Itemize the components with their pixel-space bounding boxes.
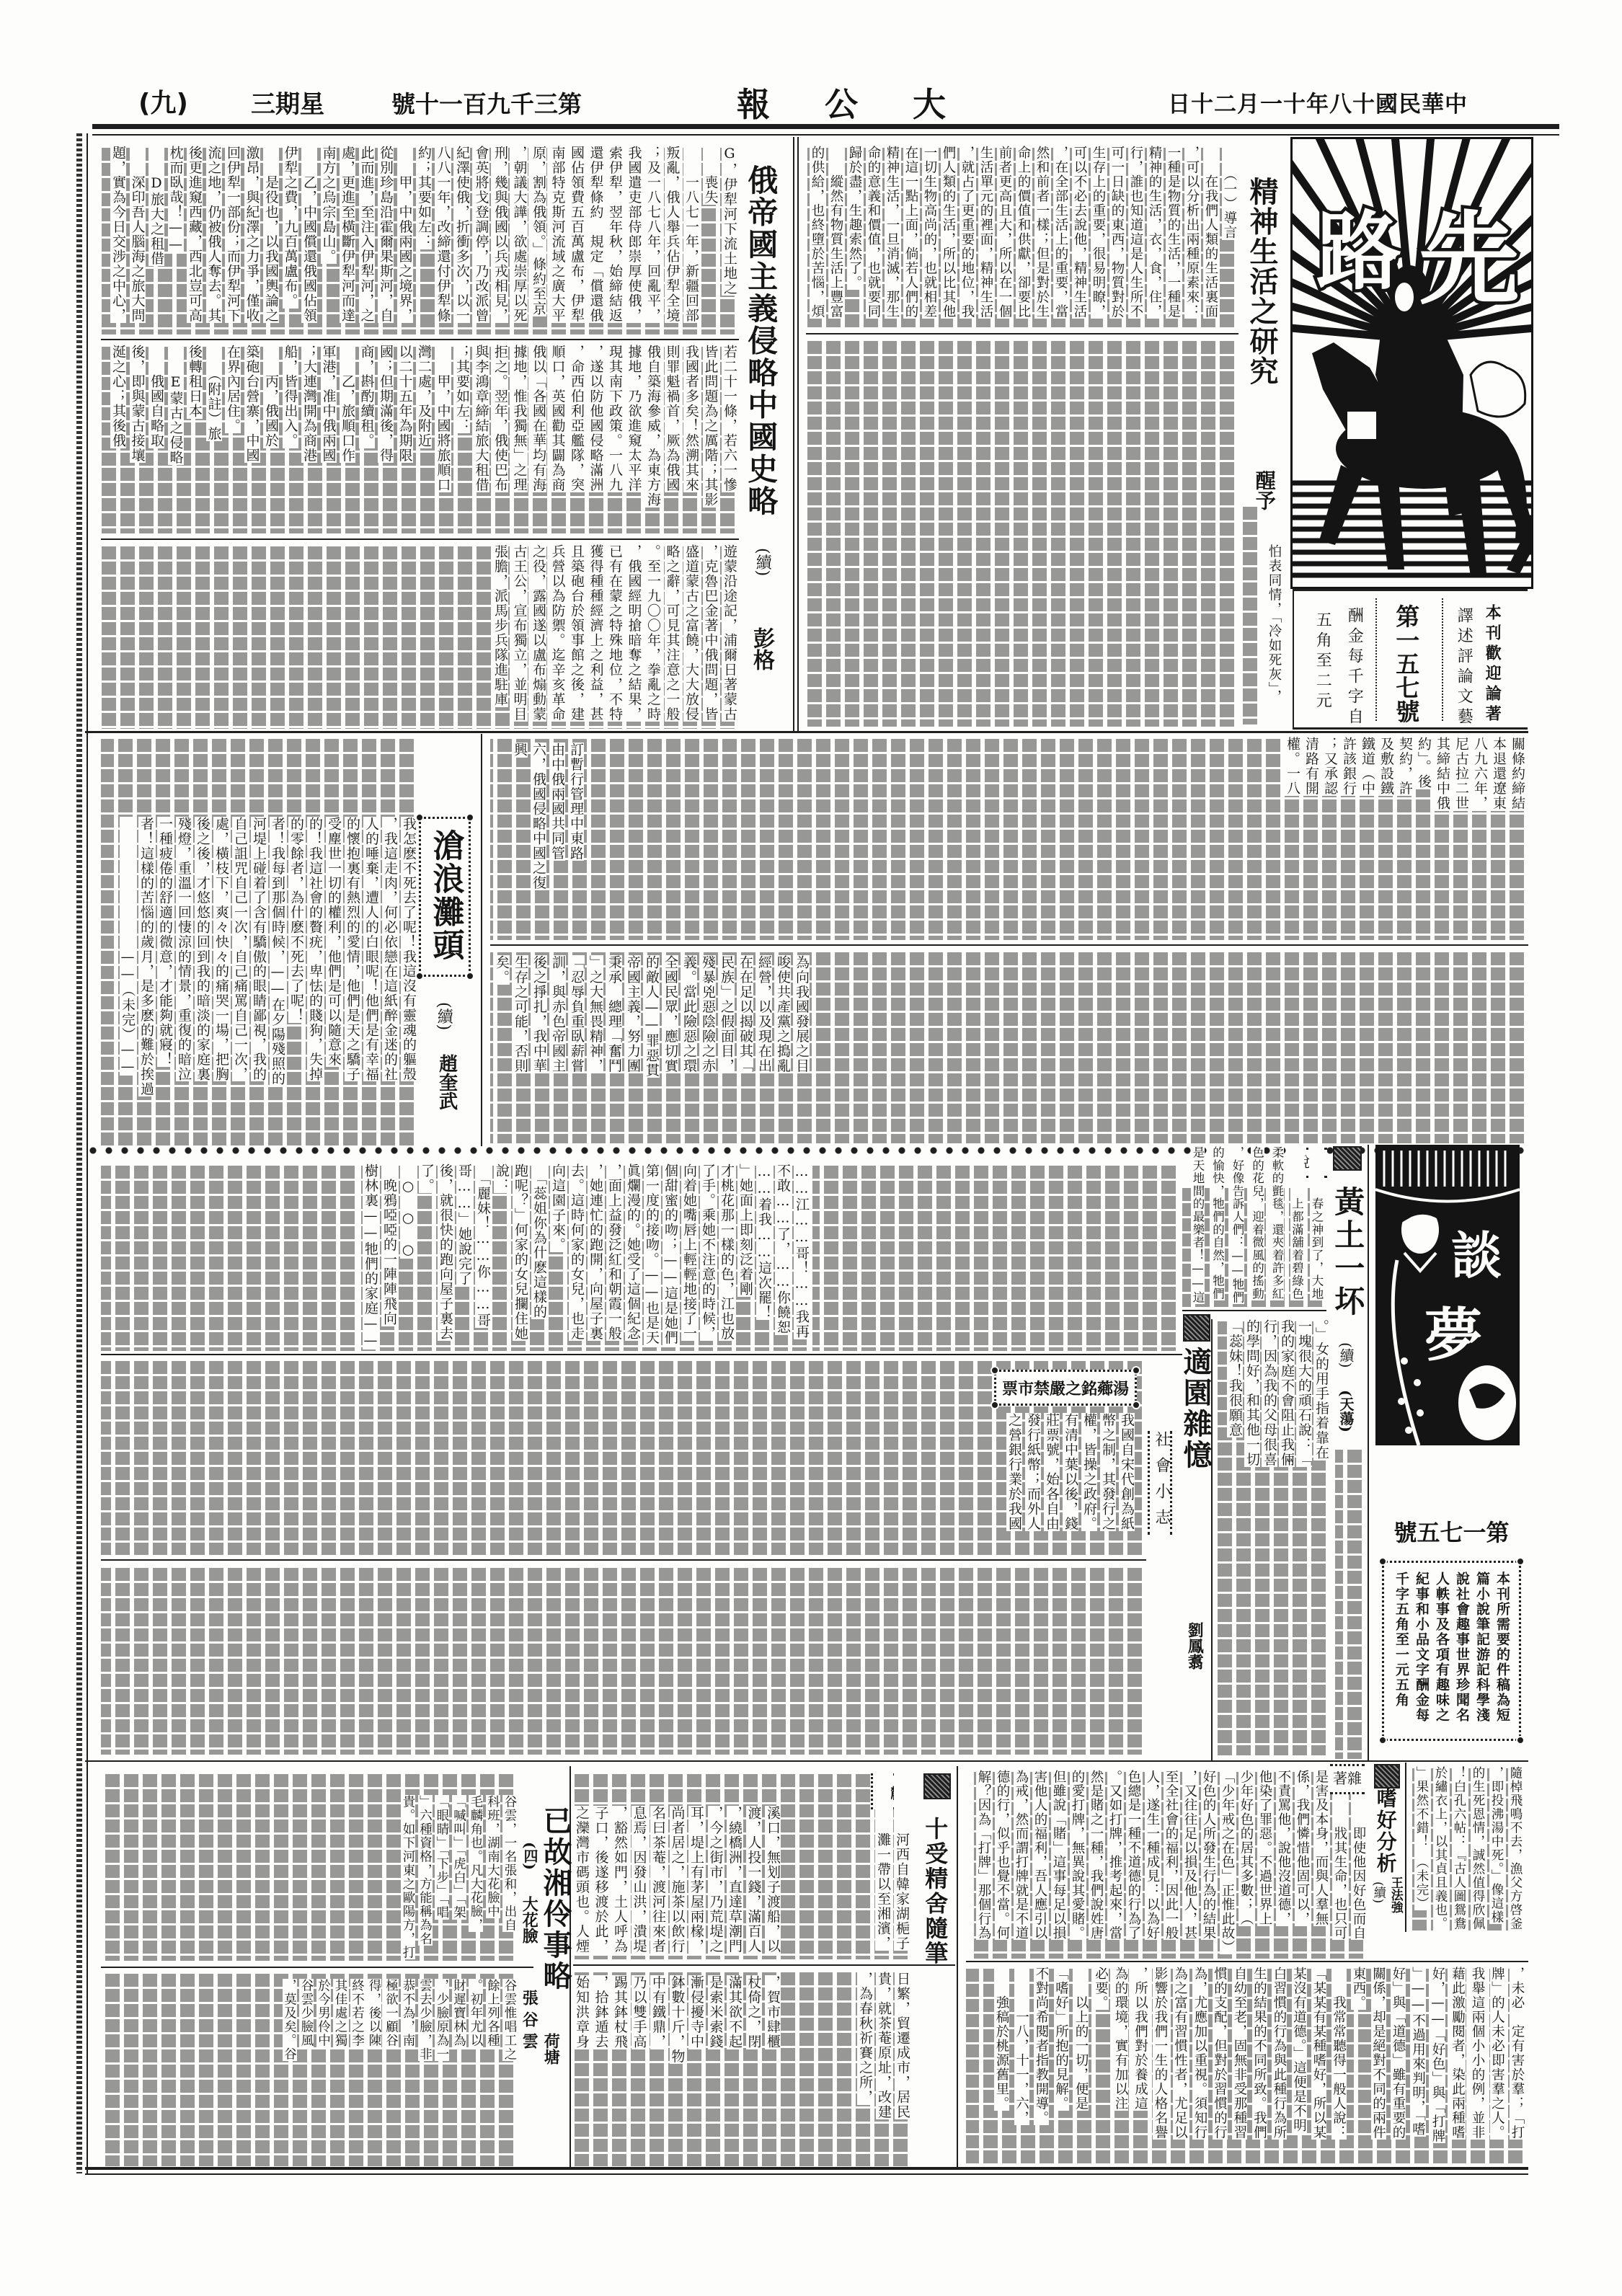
masthead-page-number: (九) (138, 91, 188, 117)
text-column: ，朝議大譁，欲處崇厚以死 (510, 146, 529, 334)
tanmeng-notice-text: 本刊所需要的件稿為短篇小說筆記游記科學淺說社會趣事世界珍聞名人軼事及各項有趣味之… (1391, 1572, 1512, 1732)
text-column: 精神的生活，衣，食，住， (1145, 146, 1164, 329)
text-column: 恭不為，南 (399, 1979, 417, 2166)
text-column: 的愉快，牠們的自然，牠們 (1207, 1146, 1228, 1308)
text-column: 他染了罪惡。不過世界上 (1255, 1770, 1274, 1959)
text-column: 白習慣的行為與此種行為所 (1269, 1967, 1290, 2166)
text-column: 順口，英國勸其闢為商 (548, 345, 567, 533)
performer-role: 大花臉 (520, 1896, 538, 1943)
column-text: 六，俄國侵略中國之復 (531, 743, 546, 890)
column-text: 精神生活，一旦消滅，那生 (885, 146, 900, 319)
text-column: 據地，惟我獨無」之理 (510, 345, 529, 533)
text-column: 其締結中俄 (1433, 737, 1452, 940)
column-text: 興 (512, 743, 528, 758)
text-column: 東西。 (1349, 1967, 1369, 2166)
band-rule (490, 944, 1528, 946)
column-text: 在這一點上面，倘若人們的 (903, 146, 918, 319)
text-column: 已有在蒙之特殊地位，不特 (606, 544, 625, 729)
column-text: 第一度的接吻。——也是天 (644, 1163, 660, 1345)
column-text: 不敢……了，……你饒恕 (775, 1163, 791, 1335)
text-texture (806, 339, 1238, 727)
column-text: 在我們人類的生活裏面 (1203, 146, 1218, 319)
text-texture (101, 1163, 359, 1351)
column-text: 若二十一條，若六一慘 (722, 345, 737, 492)
column-text: 我國自宋代創為紙 (1119, 1413, 1135, 1531)
xianlu-banner-woodcut: 先 路 (1290, 137, 1533, 589)
text-column: 是索米索錢 (706, 1975, 725, 2166)
text-column: 拒之。翌年，俄使巴布 (491, 345, 510, 533)
text-column: 許該銀行 (1339, 737, 1358, 940)
text-column: 漸侵擾寺中 (687, 1975, 706, 2166)
text-column: 行，因為我的父母很喜 (1261, 1319, 1278, 1492)
text-column: 灘一帶以至湘濱， (874, 1773, 892, 1959)
text-column: 「嗜好」所抱的見解。 (1051, 1967, 1071, 2166)
column-text: 契約，許 (1397, 737, 1413, 796)
column-text: 精神的生活，衣，食，住， (1147, 146, 1162, 319)
text-column: 得，後以陳 (365, 1979, 383, 2166)
column-text: 的生死恩情，誠然值得欣佩 (1471, 1766, 1485, 1931)
column-text: 去。這時何家的女兒，也走 (569, 1163, 585, 1341)
text-column: 向這園子來。 (549, 1163, 567, 1351)
text-column: 。又如打牌，推考起來，當 (1105, 1770, 1124, 1959)
column-text: 子口，後遂移渡於此， (593, 1806, 609, 1954)
text-column: 與李鴻章締結旅大租借 (471, 345, 491, 533)
text-column: 訓，與赤色帝國主 (549, 955, 567, 1144)
column-text: 在在足以揭破其「 (737, 955, 753, 1073)
text-column: 「喊叫」「虎白」「架 (450, 1795, 467, 1964)
text-column: 跑呢？」何家的女兒攔住她 (511, 1163, 530, 1351)
text-column: 權。一八 (1283, 737, 1302, 940)
column-text: 生存之可能，否則 (513, 955, 528, 1073)
xiangling-band2-text: 谷雲惟唱工之餘上列各種。初年尤以財遲寶林為，少臉原為一雲去少臉，非恭不為，南極欲… (101, 1979, 518, 2166)
masthead-date: 中華民國十八年十一月二十日 (1168, 94, 1468, 116)
column-text: 獲得種種經濟上之利益，甚 (588, 544, 604, 722)
text-column: 渡，人投一錢，滿百人 (744, 1806, 763, 1961)
column-text: ，又往往足以損及他人，甚 (1182, 1770, 1197, 1940)
text-column: 了手。乘她不注意的時候， (699, 1163, 717, 1351)
corner-ornament (1516, 1557, 1525, 1566)
column-text: 深印吾人腦海之旅大問 (130, 146, 146, 323)
column-text: 才桃花那一樣的色，江也放 (719, 1163, 735, 1341)
text-column: ，賀市肆櫃 (763, 1975, 783, 2166)
text-column: 據地，乃欲進窺太平洋 (624, 345, 644, 533)
text-column: 受塵世一切的權利，他們是可以隨意來 (324, 817, 343, 1146)
column-text: 說社會趣事世界珍聞名 (1454, 1572, 1470, 1723)
column-text: 了。 (419, 1163, 435, 1193)
column-text: 一切生物高尚的，也就相差 (922, 146, 937, 319)
text-column: 鐵道（中 (1358, 737, 1377, 940)
text-column: 清路有開 (1302, 737, 1321, 940)
shishou-band1-left-text: 溪口，無划子渡船，以渡，人投一錢，滿百人，繞橋洲，直達草潮門，今之街市，乃荒堤之… (573, 1806, 782, 1961)
column-text: 國；但期滿後，得 (378, 345, 394, 463)
text-column: 河西自韓家湖梔子 (892, 1773, 911, 1959)
column-text: 者！這樣的苦惱的歲月，是多麽的難於挨過 (138, 817, 154, 1096)
column-text: 貴。如下河東之歐陽方，打 (401, 1795, 415, 1959)
text-column: 鉢數十斤，物 (668, 1975, 687, 2166)
text-column: 我常常聽得一般人說： (1329, 1967, 1349, 2166)
text-column: 財遲寶林為 (450, 1979, 467, 2166)
text-column: 枕而臥哉！—— (166, 146, 185, 334)
article-author-xiangling: 荷塘 (542, 2033, 559, 2065)
text-column: 關條約締結 (1508, 737, 1527, 940)
text-column: 然是賭之一種，我們說姓唐 (1086, 1770, 1105, 1959)
column-text: 的愉快，牠們的自然，牠們 (1211, 1146, 1225, 1300)
text-column: 」六種資格，方能稱為名 (416, 1795, 433, 1964)
text-column: 由中俄兩國共同管 (548, 743, 567, 940)
text-column: ……江……哥！……我再 (792, 1163, 811, 1351)
section-rule (85, 731, 1528, 733)
column-text: 現其南下政策。一八九 (607, 345, 623, 492)
text-column: 本刊所需要的件稿為短 (1492, 1572, 1512, 1732)
column-text: 縱然有物質生活上豐富 (828, 146, 843, 319)
column-text: 幣之制，其發行之 (1100, 1413, 1116, 1531)
text-column: 子口，後遂移渡於此， (591, 1806, 611, 1961)
text-column: 「某某有某種嗜好，所以某 (1309, 1967, 1329, 2166)
text-column: 為戒，然而謂打牌就是不道 (1011, 1770, 1030, 1959)
column-text: 則罪魁禍首，厥為俄國 (665, 345, 681, 492)
column-text: 的學問好，和其他一切 (1244, 1319, 1260, 1467)
text-column: 尚者居之，施茶以飲行 (668, 1806, 687, 1961)
column-text: 約；其要如左： (416, 146, 432, 249)
text-column: 八八一年，改締還付伊犁條 (433, 146, 453, 334)
text-column: 南方之烏宗島山。 (319, 146, 338, 334)
banner-char-lu: 路 (1316, 202, 1401, 301)
column-text: 之役，露國遂以盧布煽動蒙 (531, 544, 546, 722)
column-text: 築砲台營寨，中國 (244, 345, 260, 463)
curtain-icon (1384, 1151, 1505, 1187)
column-text: 以上的一切，便是 (1073, 1967, 1089, 2111)
column-text: 藉此激勵閱者，染此兩種嗜 (1450, 1967, 1466, 2140)
text-column: 即使他因好色而自 (1349, 1770, 1368, 1959)
column-text: 怕表同情，「冷如死灰」， (1267, 544, 1282, 704)
column-text: 河堤上碰着了含有驕傲的眼睛鄙視，我的 (251, 817, 267, 1081)
text-column: 可一日缺的東西，物質對於 (1107, 146, 1126, 329)
column-text: 一八，十一，六， (1014, 1967, 1029, 2125)
text-column: ，我這走肉，何必依戀在這紙醉金迷的社 (381, 817, 399, 1146)
column-text: 「蕊姐你為什麽這樣的 (531, 1163, 547, 1319)
text-column: 以上的一切，便是 (1071, 1967, 1091, 2166)
column-text: 自幼至老，固無非受那種習 (1232, 1967, 1247, 2140)
column-text: 好，——「好色」與「打牌 (1430, 1967, 1445, 2143)
corner-ornament (1132, 1366, 1140, 1375)
column-text: 命上的價值和供獻，卻要比 (1016, 146, 1031, 319)
text-column: ，在全部生活上的重要，當 (1051, 146, 1070, 329)
text-column: 餘上列各種 (484, 1979, 501, 2166)
article-title-canglang: 滄浪灘頭 (427, 829, 462, 962)
column-text: 索伊犁，翌年秋，始締結返 (607, 146, 623, 323)
text-column: 第一度的接吻。——也是天 (642, 1163, 661, 1351)
column-text: 「某某有某種嗜好，所以某 (1311, 1967, 1326, 2140)
column-text: 此而進，至注入伊犁河，之 (359, 146, 375, 323)
text-column: 我的家庭不會阻止我倆 (1278, 1319, 1295, 1492)
column-text: 終不若之李 (350, 1979, 365, 2047)
text-column: 日繁，貿遷成市，居民 (893, 1972, 912, 2166)
column-text: 訂暫行管理中東路 (568, 743, 584, 861)
text-column: 深印吾人腦海之旅大問 (128, 146, 147, 334)
text-column: 谷雲惟唱工之 (501, 1979, 518, 2166)
column-text: 殘燈，重溫一回悽涼的情景，重復的暗泣 (176, 817, 192, 1081)
text-column: 貴，就茶菴原址，改建 (874, 1972, 893, 2166)
column-text: 俄自築海參威，為東方海 (645, 345, 661, 507)
text-column: 遊蒙沿途記，浦爾日著蒙古 (720, 544, 740, 729)
text-column: 篇小說筆記游記科學淺 (1472, 1572, 1492, 1732)
column-text: （一）導言 (1222, 146, 1237, 240)
text-column: E蒙古之侵略 (166, 345, 185, 533)
text-column: 影響於我們一生的人格名譽 (1151, 1967, 1171, 2166)
tanmeng-banner-woodcut: 談 夢 (1375, 1145, 1520, 1445)
section-rule (85, 1760, 1528, 1762)
text-column: 皆此問題為之厲階；其影 (701, 345, 720, 533)
column-text: 戕其生命，也只可 (1332, 1770, 1347, 1940)
column-text: 訓，與赤色帝國主 (550, 955, 566, 1073)
text-column: 自己詛咒自己一次，自己痛罵自己一次， (231, 817, 249, 1146)
text-column: 獲得種種經濟上之利益，甚 (586, 544, 606, 729)
column-text: 上都滿舖着碧綠色 (1290, 1146, 1304, 1300)
column-text: 喪失 (703, 146, 719, 205)
text-column: 我國遣吏部侍郎崇厚使俄， (624, 146, 644, 334)
column-text: 丙，俄國於 (263, 345, 279, 448)
text-column: 。」女的用手指着靠在 (1313, 1319, 1330, 1492)
column-text: 涎之心；其後俄 (110, 345, 126, 448)
column-text: 樹林裏——牠們的家庭—— (363, 1163, 378, 1349)
corner-ornament (415, 972, 424, 980)
column-text: ，未必 定有害於羣；「打 (1510, 1967, 1525, 2140)
text-column: 谷雲，一名張和，出自 (501, 1795, 518, 1964)
column-text: 我怎麽不死去了呢！我這沒有靈魂的軀殼 (401, 817, 417, 1081)
text-column: 好色的人所發生行為的結果 (1199, 1770, 1218, 1959)
column-text: 害他人的福利，吾人應引以 (1032, 1770, 1047, 1940)
text-column: 上都滿舖着碧綠色 (1287, 1146, 1307, 1308)
column-text: 慣的支配，但對於習慣的行 (1213, 1967, 1228, 2140)
column-text: 國佔領費五百萬盧布，伊犁 (569, 146, 585, 323)
column-text: ……着我……這次罷！ (756, 1163, 772, 1320)
text-texture (101, 1359, 1146, 1555)
band-rule (101, 538, 739, 540)
text-column: 生活單元的裡面，精神生活 (976, 146, 995, 329)
text-column: 好，——「好色」與「打牌 (1428, 1967, 1448, 2166)
text-column: ，莫及矣。谷 (280, 1979, 298, 2166)
column-text: （附註）旅 (206, 345, 222, 441)
text-column: 秉承 總理「奮鬥 (605, 955, 624, 1144)
text-column: 激昂，與紀澤之力爭，僅收 (242, 146, 262, 334)
text-column: 國佔領費五百萬盧布，伊犁 (567, 146, 587, 334)
column-text: 與李鴻章締結旅大租借 (474, 345, 489, 492)
column-text: 鐵道（中 (1360, 737, 1375, 796)
column-text: 為之富有習慣性者，尤足以 (1173, 1967, 1188, 2140)
column-text: ；及一八七八年，回亂平， (645, 146, 661, 323)
column-text: 全國民眾，應切實 (662, 955, 678, 1073)
column-text: 後更進窺西藏，西北豈可高 (187, 146, 203, 323)
column-text: 命的意義和價值，也就要同 (866, 146, 881, 319)
article-title-xiangling: 已故湘伶事略 (539, 1806, 571, 1992)
corner-ornament (466, 972, 474, 980)
column-text: 後轉租日本 (187, 345, 203, 419)
text-column: 莊票號，始各自由 (1042, 1413, 1061, 1553)
column-text: 關係，却是絕對不同的兩件 (1371, 1967, 1386, 2140)
text-column: 自幼至老，固無非受那種習 (1230, 1967, 1250, 2166)
banner-char-meng: 夢 (1424, 1302, 1482, 1369)
text-column: 名曰茶菴，渡河往來者 (649, 1806, 668, 1961)
column-text: ，今之街市，乃荒堤之 (708, 1806, 724, 1954)
column-text: 在界內居住。 (225, 345, 241, 433)
text-column: 尼古拉二世 (1452, 737, 1471, 940)
text-column: 樹林裏——牠們的家庭—— (361, 1163, 380, 1351)
column-text: ，莫及矣。谷 (283, 1979, 297, 2061)
text-column: 築砲台營寨，中國 (242, 345, 262, 533)
column-text: 民族」之假面目， (719, 955, 735, 1073)
column-text: 河西自韓家湖梔子 (894, 1773, 910, 1951)
column-text: ，好像告訴人們：——牠們 (1231, 1146, 1244, 1304)
corner-ornament (1132, 1401, 1140, 1409)
text-column: 。至一九〇〇年，拳亂之時 (644, 544, 663, 729)
column-text: 們人類的生活，所以比其他 (941, 146, 956, 319)
column-text: 篇小說筆記游記科學淺 (1474, 1572, 1490, 1723)
wavy-divider (1442, 598, 1443, 721)
column-text: 的！我這社會的贅疣，卑怯的賤狗，失掉 (307, 817, 323, 1081)
text-column: 甲，中國將旅順口 (433, 345, 453, 533)
column-text: 會英將戈登調停，乃改派曾 (474, 146, 489, 323)
text-column: 處，橫枝下，爽々快々的痛哭一場，把胸 (212, 817, 231, 1146)
text-column: 的供給，也終墮於苦惱，煩 (807, 146, 826, 329)
column-text: 權。一八 (1285, 737, 1300, 796)
text-column: 發行紙幣；而外人 (1024, 1413, 1042, 1553)
column-text: E蒙古之侵略 (168, 345, 184, 465)
text-column: 「眼睛」「下步」「唱 (433, 1795, 451, 1964)
text-column: 於今男伶中 (314, 1979, 332, 2166)
column-text: 財遲寶林為 (452, 1979, 466, 2047)
column-text: 兵營以為防禦。迄辛亥革命 (550, 544, 566, 722)
text-column: 及敷設鐵 (1377, 737, 1396, 940)
column-text: 行，因為我的父母很喜 (1262, 1319, 1277, 1467)
double-rule (793, 137, 794, 732)
column-text: ；大連灣開為商港 (301, 345, 317, 463)
text-column: （一）導言 (1220, 146, 1238, 329)
text-column: 之營銀行業於我國 (1005, 1413, 1024, 1553)
column-text: 渡，人投一錢，滿百人 (746, 1806, 762, 1954)
text-column: 杖倚之，閉 (744, 1975, 763, 2166)
text-column: ，少臉原為一 (433, 1979, 451, 2166)
text-column: 生存之可能，否則 (511, 955, 530, 1144)
text-column: 後轉租日本 (185, 345, 205, 533)
text-column: 前者更高且大，所以在一個 (995, 146, 1014, 329)
masthead-weekday: 星期三 (251, 92, 324, 117)
text-column: 我舉這兩個小小的例，並非 (1468, 1967, 1488, 2166)
text-column: 毛麟角也。凡大花臉， (467, 1795, 484, 1964)
text-column: 一種是物質的生活，一種是 (1164, 146, 1182, 329)
continued-mark: (續) (435, 1002, 452, 1030)
band-rule (101, 1559, 1146, 1561)
column-text: 甲，中國將旅順口 (435, 345, 451, 492)
column-text: 古王公，宣布獨立，並明目 (512, 544, 528, 722)
text-column: 的學問好，和其他一切 (1244, 1319, 1261, 1492)
column-text: 可一日缺的東西，物質對於 (1109, 146, 1125, 319)
column-text: 「麗妹！……你……哥 (475, 1163, 491, 1328)
text-column: 矣。 (492, 955, 511, 1144)
column-text: ……江……哥！……我再 (794, 1163, 810, 1339)
text-column: 」——不過用來判明，「嗜 (1408, 1967, 1428, 2166)
performer-name: 張谷雲 (520, 1990, 538, 2055)
text-column: 貴。如下河東之歐陽方，打 (399, 1795, 417, 1964)
text-column: 的敵人——罪惡貫 (642, 955, 661, 1144)
text-column: 春之神到了，大地 (1307, 1146, 1327, 1308)
column-text: 然和前者一樣；但是對於生 (1034, 146, 1050, 319)
column-text: 的懷抱裏有熱烈的愛情，他們是天之驕子 (345, 817, 360, 1081)
text-column: 隨棹飛鳴不去，漁父方啓釜 (1506, 1766, 1525, 1931)
eguo-band-e-left-text: 為向我國發展之目唆使共產黨之搗亂經營，以及現在出在在足以揭破其「民族」之假面目，… (490, 955, 811, 1144)
column-text: 色的花兒，迎着微風的搖動 (1251, 1146, 1264, 1300)
text-column: 略之辭，可見其注意之一般 (662, 544, 682, 729)
corner-ornament (415, 813, 424, 822)
column-text: 」——不過用來判明，「嗜 (1411, 1967, 1426, 2137)
column-text: 為戒，然而謂打牌就是不道 (1014, 1770, 1029, 1940)
text-column: 谷雲少臉風 (298, 1979, 315, 2166)
text-column: 張膽，派馬步兵隊進駐庫 (491, 544, 510, 729)
shiyuan-text: 我國自宋代創為紙幣之制，其發行之權，皆操之政府。有清中葉以後，錢莊票號，始各自由… (1005, 1413, 1136, 1553)
column-text: 「忍辱負重臥薪嘗 (569, 955, 585, 1073)
column-text: 日繁，貿遷成市，居民 (895, 1972, 910, 2119)
column-text: 恭不為，南 (401, 1979, 415, 2047)
text-column: 的懷抱裏有熱烈的愛情，他們是天之驕子 (343, 817, 362, 1146)
column-text: 生的結果的不同所致。我們 (1252, 1967, 1267, 2140)
band-rule (101, 1967, 533, 1968)
text-column: 乙，中國償還俄國佔領 (300, 146, 319, 334)
double-rule (797, 137, 799, 732)
column-text: 谷雲少臉風 (299, 1979, 314, 2047)
text-column: 命的意義和價值，也就要同 (864, 146, 882, 329)
text-column: 的零餘者，為什麽不死去了呢！ (287, 817, 306, 1146)
column-text: 隨棹飛鳴不去，漁父方啓釜 (1508, 1766, 1523, 1931)
column-text: 即使他因好色而自 (1351, 1770, 1366, 1940)
newspaper-page: (九) 星期三 第三千九百一十號 大公報 中華民國十八年十一月二十日 (0, 0, 1622, 2296)
column-text: ，遂以防他國侵略滿洲 (588, 345, 604, 492)
text-column: 契約，許 (1396, 737, 1414, 940)
text-column: 眞爛漫的。她受了這個紀念 (624, 1163, 642, 1351)
column-text: 漸侵擾寺中 (688, 1975, 704, 2049)
huangtu-band1-left-text: ……江……哥！……我再不敢……了，……你饒恕……着我……這次罷！」她面上即刻泛着… (360, 1163, 811, 1351)
text-column: 們人類的生活，所以比其他 (939, 146, 957, 329)
column-text: 。初年尤以 (469, 1979, 483, 2047)
column-text: 踢其鉢杖飛 (612, 1975, 628, 2049)
text-column: 後，即與蒙古接壤 (128, 345, 147, 533)
text-column: 兵營以為防禦。迄辛亥革命 (548, 544, 567, 729)
eguo-band-d-right-text: 關條約締結本退還遼東八九六年，尼古拉二世其締結中俄約」。後契約，許及敷設鐵鐵道（… (1283, 737, 1527, 940)
text-column: 行，誰也知道這是人生所不 (1126, 146, 1145, 329)
corner-ornament (1378, 1557, 1387, 1566)
eguo-band-a-text: G，伊犁河下流土地之 喪失 一八七一年，新疆回部叛亂，俄人舉兵佔伊犁全境；及一八… (101, 146, 739, 334)
column-text: 叛亂，俄人舉兵佔伊犁全境 (665, 146, 681, 323)
text-column: 中有鐵鼎， (649, 1975, 668, 2166)
column-text: 是役也，以我國輿論之 (263, 146, 279, 323)
text-column: 之灤灣市碼頭也。人煙 (573, 1806, 591, 1961)
essay-heading-icon (1374, 1764, 1400, 1789)
text-column: 一塊很大的頑石說：「 (1295, 1319, 1313, 1492)
column-text: ！白孔六帖：『古人圖鴛鴦 (1452, 1766, 1466, 1931)
text-column: 於繡衣上，以其貞且義也。 (1431, 1766, 1450, 1931)
text-column: 耳，堤上有茅屋兩椽， (687, 1806, 706, 1961)
column-text: ，所以我們對於養成這 (1133, 1967, 1148, 2111)
column-text: 但雖說「賭」這事每足以損 (1051, 1770, 1066, 1940)
column-text: 由中俄兩國共同管 (549, 743, 565, 861)
column-text: 杖倚之，閉 (746, 1975, 762, 2049)
text-column: 若二十一條，若六一慘 (720, 345, 740, 533)
column-text: 的供給，也終墮於苦惱，煩 (810, 146, 825, 319)
column-text: 某沒有道德。」這便是不明 (1292, 1967, 1307, 2133)
column-text: ；又承認 (1322, 737, 1338, 796)
column-text: 紀事和小品文字酬金每 (1414, 1572, 1430, 1723)
column-text: 枕而臥哉！—— (168, 146, 184, 254)
column-text: 秉承 總理「奮鬥 (606, 955, 622, 1073)
column-text: 」她面上即刻泛着剛 (737, 1163, 753, 1297)
